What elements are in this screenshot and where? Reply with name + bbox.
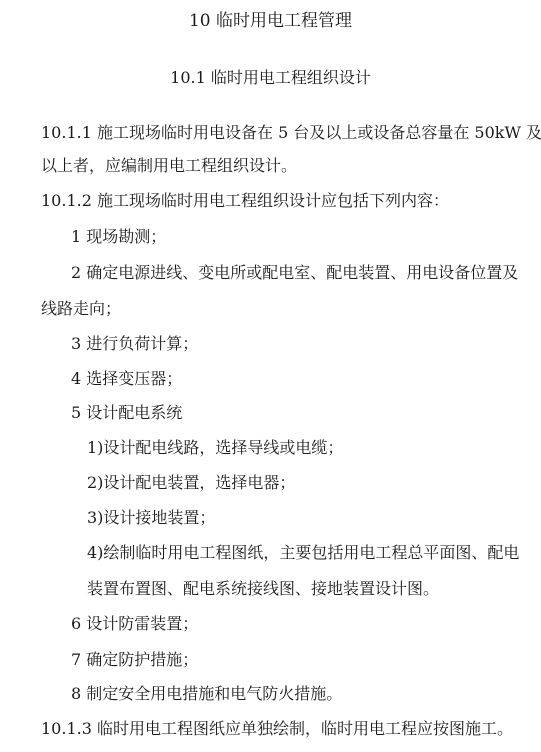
chapter-title: 10 临时用电工程管理 xyxy=(0,11,541,31)
list-item-3: 3 进行负荷计算； xyxy=(71,334,198,354)
sub-item-1: 1)设计配电线路，选择导线或电缆； xyxy=(87,438,343,458)
list-item-1: 1 现场勘测； xyxy=(71,227,166,247)
list-item-4: 4 选择变压器； xyxy=(71,369,182,389)
list-item-6: 6 设计防雷装置； xyxy=(71,614,198,634)
section-title: 10.1 临时用电工程组织设计 xyxy=(0,68,541,88)
sub-item-2: 2)设计配电装置，选择电器； xyxy=(87,473,295,493)
clause-10-1-1-line1: 10.1.1 施工现场临时用电设备在 5 台及以上或设备总容量在 50kW 及 xyxy=(41,123,541,143)
clause-10-1-3: 10.1.3 临时用电工程图纸应单独绘制，临时用电工程应按图施工。 xyxy=(41,719,513,739)
list-item-2-continuation: 线路走向； xyxy=(41,299,121,319)
clause-10-1-1-line2: 以上者，应编制用电工程组织设计。 xyxy=(41,156,297,176)
list-item-5: 5 设计配电系统 xyxy=(71,403,182,423)
list-item-2: 2 确定电源进线、变电所或配电室、配电装置、用电设备位置及 xyxy=(71,263,518,283)
list-item-7: 7 确定防护措施； xyxy=(71,650,198,670)
clause-10-1-2-intro: 10.1.2 施工现场临时用电工程组织设计应包括下列内容： xyxy=(41,191,449,211)
sub-item-4: 4)绘制临时用电工程图纸，主要包括用电工程总平面图、配电 xyxy=(87,543,519,563)
list-item-8: 8 制定安全用电措施和电气防火措施。 xyxy=(71,684,342,704)
sub-item-4-continuation: 装置布置图、配电系统接线图、接地装置设计图。 xyxy=(87,579,439,599)
sub-item-3: 3)设计接地装置； xyxy=(87,508,215,528)
